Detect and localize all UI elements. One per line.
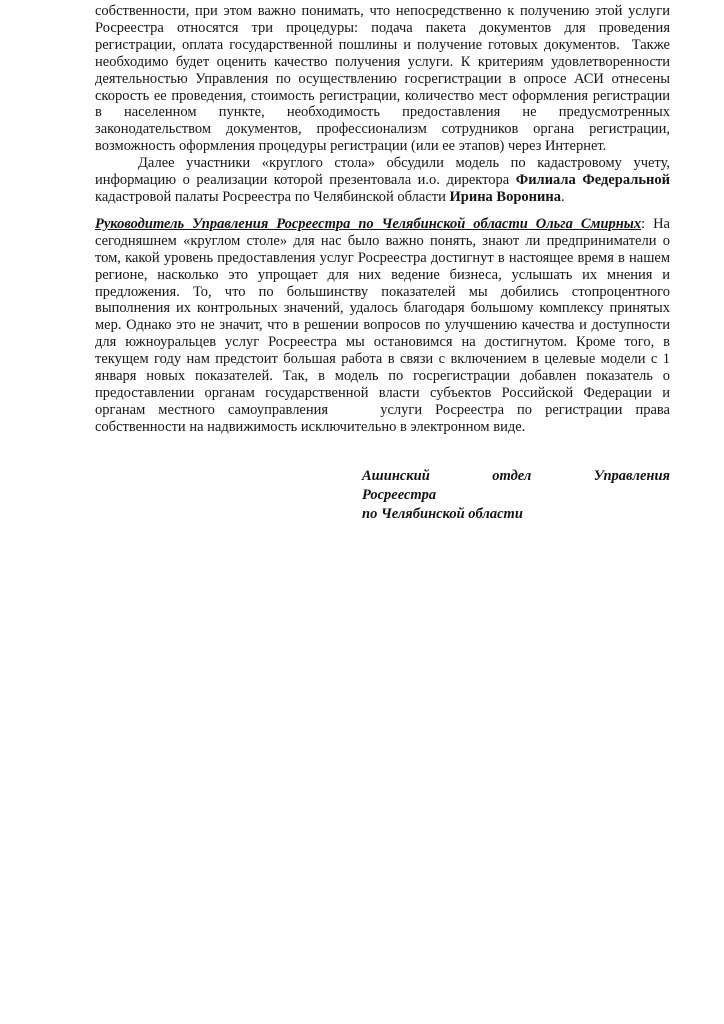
text-run: кадастровой палаты Росреестра по Челябин…	[95, 189, 450, 205]
signature-block: Ашинский отдел Управления Росреестра по …	[362, 467, 670, 524]
speaker-title-heading: Руководитель Управления Росреестра по Че…	[95, 216, 641, 232]
paragraph-speaker-quote: Руководитель Управления Росреестра по Че…	[95, 216, 670, 436]
document-content: собственности, при этом важно понимать, …	[95, 3, 670, 524]
signature-line-1: Ашинский отдел Управления	[362, 467, 670, 486]
text-run-bold-filial: Филиала Федеральной	[516, 172, 670, 188]
paragraph-cadastre-model: Далее участники «круглого стола» обсудил…	[95, 155, 670, 206]
document-page: собственности, при этом важно понимать, …	[0, 0, 724, 1024]
quote-body-text: : На сегодняшнем «круглом столе» для нас…	[95, 216, 670, 435]
signature-line-2: Росреестра	[362, 486, 670, 505]
text-run-bold-name: Ирина Воронина	[450, 189, 561, 205]
paragraph-registration-procedures: собственности, при этом важно понимать, …	[95, 3, 670, 155]
signature-line-3: по Челябинской области	[362, 505, 670, 524]
text-run: .	[561, 189, 565, 205]
